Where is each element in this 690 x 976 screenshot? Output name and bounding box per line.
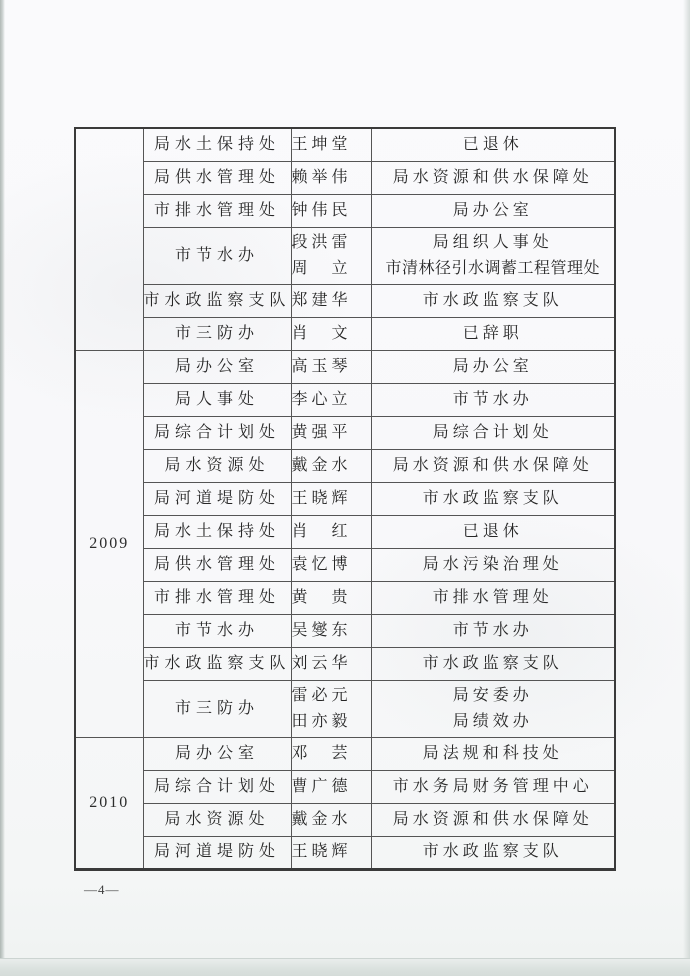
cell-line: 戴金水 (292, 807, 371, 833)
cell-line: 雷必元 (292, 683, 371, 709)
cell-person-name: 王晓辉 (291, 836, 371, 869)
cell-line: 市排水管理处 (144, 198, 291, 224)
cell-department: 局综合计划处 (143, 770, 291, 803)
cell-person-name: 高玉琴 (291, 350, 371, 383)
scan-edge-left (0, 0, 5, 976)
cell-person-name: 刘云华 (291, 647, 371, 680)
cell-line: 已退休 (372, 519, 615, 545)
cell-department: 市节水办 (143, 227, 291, 284)
table-row: 局水资源处戴金水局水资源和供水保障处 (75, 449, 615, 482)
cell-department: 局人事处 (143, 383, 291, 416)
cell-line: 局水资源处 (144, 807, 291, 833)
cell-line: 局组织人事处 (372, 230, 615, 256)
cell-line: 戴金水 (292, 453, 371, 479)
cell-line: 黄 贵 (292, 585, 371, 611)
cell-new-position: 局安委办局绩效办 (371, 680, 615, 737)
cell-line: 局水资源和供水保障处 (372, 453, 615, 479)
cell-line: 市节水办 (372, 618, 615, 644)
cell-new-position: 局水资源和供水保障处 (371, 161, 615, 194)
cell-new-position: 局办公室 (371, 350, 615, 383)
cell-person-name: 袁忆博 (291, 548, 371, 581)
table-row: 局综合计划处曹广德市水务局财务管理中心 (75, 770, 615, 803)
cell-person-name: 黄强平 (291, 416, 371, 449)
table-row: 市节水办吴燮东市节水办 (75, 614, 615, 647)
table-row: 局河道堤防处王晓辉市水政监察支队 (75, 482, 615, 515)
cell-line: 高玉琴 (292, 354, 371, 380)
cell-new-position: 市水务局财务管理中心 (371, 770, 615, 803)
cell-department: 局供水管理处 (143, 548, 291, 581)
cell-department: 局办公室 (143, 737, 291, 770)
cell-department: 局供水管理处 (143, 161, 291, 194)
table-row: 市水政监察支队郑建华市水政监察支队 (75, 284, 615, 317)
cell-department: 局水土保持处 (143, 515, 291, 548)
cell-department: 市排水管理处 (143, 194, 291, 227)
table-row: 局综合计划处黄强平局综合计划处 (75, 416, 615, 449)
cell-line: 局办公室 (144, 741, 291, 767)
cell-department: 市水政监察支队 (143, 284, 291, 317)
cell-line: 市水政监察支队 (144, 288, 291, 314)
cell-department: 局河道堤防处 (143, 482, 291, 515)
cell-line: 市排水管理处 (144, 585, 291, 611)
cell-line: 局水资源处 (144, 453, 291, 479)
cell-line: 钟伟民 (292, 198, 371, 224)
cell-line: 局供水管理处 (144, 552, 291, 578)
cell-line: 局供水管理处 (144, 165, 291, 191)
scanned-page: 局水土保持处王坤堂已退休局供水管理处赖举伟局水资源和供水保障处市排水管理处钟伟民… (0, 0, 690, 976)
cell-new-position: 局组织人事处市清林径引水调蓄工程管理处 (371, 227, 615, 284)
table-row: 局供水管理处袁忆博局水污染治理处 (75, 548, 615, 581)
cell-new-position: 局水资源和供水保障处 (371, 803, 615, 836)
cell-new-position: 市节水办 (371, 383, 615, 416)
cell-new-position: 市水政监察支队 (371, 284, 615, 317)
table-row: 2009局办公室高玉琴局办公室 (75, 350, 615, 383)
cell-new-position: 市水政监察支队 (371, 482, 615, 515)
cell-line: 市水政监察支队 (372, 288, 615, 314)
cell-new-position: 已辞职 (371, 317, 615, 350)
cell-line: 局水资源和供水保障处 (372, 807, 615, 833)
personnel-transfer-table: 局水土保持处王坤堂已退休局供水管理处赖举伟局水资源和供水保障处市排水管理处钟伟民… (74, 127, 616, 871)
cell-line: 曹广德 (292, 774, 371, 800)
cell-line: 市水政监察支队 (144, 651, 291, 677)
cell-line: 已辞职 (372, 321, 615, 347)
cell-line: 田亦毅 (292, 709, 371, 735)
cell-line: 局办公室 (372, 354, 615, 380)
cell-line: 局水土保持处 (144, 519, 291, 545)
cell-person-name: 段洪雷周 立 (291, 227, 371, 284)
table-row: 局水土保持处肖 红已退休 (75, 515, 615, 548)
cell-line: 局绩效办 (372, 709, 615, 735)
cell-line: 市三防办 (144, 696, 291, 722)
cell-line: 刘云华 (292, 651, 371, 677)
cell-new-position: 局法规和科技处 (371, 737, 615, 770)
cell-person-name: 邓 芸 (291, 737, 371, 770)
cell-line: 局水污染治理处 (372, 552, 615, 578)
cell-line: 肖 红 (292, 519, 371, 545)
table-row: 局水土保持处王坤堂已退休 (75, 128, 615, 161)
cell-person-name: 肖 红 (291, 515, 371, 548)
table-row: 局水资源处戴金水局水资源和供水保障处 (75, 803, 615, 836)
cell-line: 周 立 (292, 256, 371, 282)
cell-person-name: 王晓辉 (291, 482, 371, 515)
cell-line: 邓 芸 (292, 741, 371, 767)
cell-line: 局综合计划处 (372, 420, 615, 446)
cell-department: 市三防办 (143, 680, 291, 737)
table-row: 市节水办段洪雷周 立局组织人事处市清林径引水调蓄工程管理处 (75, 227, 615, 284)
cell-new-position: 市节水办 (371, 614, 615, 647)
cell-line: 市清林径引水调蓄工程管理处 (372, 256, 615, 282)
cell-line: 市三防办 (144, 321, 291, 347)
cell-line: 吴燮东 (292, 618, 371, 644)
cell-line: 赖举伟 (292, 165, 371, 191)
table-row: 市三防办雷必元田亦毅局安委办局绩效办 (75, 680, 615, 737)
cell-department: 市三防办 (143, 317, 291, 350)
cell-line: 市节水办 (372, 387, 615, 413)
cell-line: 局水资源和供水保障处 (372, 165, 615, 191)
cell-department: 局水土保持处 (143, 128, 291, 161)
cell-new-position: 已退休 (371, 128, 615, 161)
cell-department: 局办公室 (143, 350, 291, 383)
cell-person-name: 李心立 (291, 383, 371, 416)
cell-line: 黄强平 (292, 420, 371, 446)
table-row: 市水政监察支队刘云华市水政监察支队 (75, 647, 615, 680)
cell-person-name: 钟伟民 (291, 194, 371, 227)
cell-line: 局办公室 (372, 198, 615, 224)
cell-line: 王晓辉 (292, 486, 371, 512)
cell-line: 市水务局财务管理中心 (372, 774, 615, 800)
cell-department: 局综合计划处 (143, 416, 291, 449)
cell-line: 段洪雷 (292, 230, 371, 256)
cell-line: 市水政监察支队 (372, 839, 615, 865)
cell-line: 局安委办 (372, 683, 615, 709)
year-cell: 2009 (75, 350, 143, 737)
table-row: 局人事处李心立市节水办 (75, 383, 615, 416)
cell-department: 市水政监察支队 (143, 647, 291, 680)
cell-person-name: 戴金水 (291, 803, 371, 836)
cell-department: 局水资源处 (143, 449, 291, 482)
cell-person-name: 肖 文 (291, 317, 371, 350)
table-body: 局水土保持处王坤堂已退休局供水管理处赖举伟局水资源和供水保障处市排水管理处钟伟民… (75, 128, 615, 869)
cell-line: 局河道堤防处 (144, 486, 291, 512)
scan-edge-right (683, 0, 690, 976)
cell-department: 局河道堤防处 (143, 836, 291, 869)
cell-line: 李心立 (292, 387, 371, 413)
cell-line: 肖 文 (292, 321, 371, 347)
cell-line: 市节水办 (144, 243, 291, 269)
cell-person-name: 曹广德 (291, 770, 371, 803)
cell-person-name: 赖举伟 (291, 161, 371, 194)
scan-edge-bottom (0, 958, 690, 976)
cell-person-name: 雷必元田亦毅 (291, 680, 371, 737)
cell-line: 局人事处 (144, 387, 291, 413)
cell-new-position: 局水污染治理处 (371, 548, 615, 581)
cell-person-name: 戴金水 (291, 449, 371, 482)
cell-line: 王坤堂 (292, 132, 371, 158)
cell-department: 局水资源处 (143, 803, 291, 836)
cell-department: 市排水管理处 (143, 581, 291, 614)
table-row: 2010局办公室邓 芸局法规和科技处 (75, 737, 615, 770)
cell-line: 市水政监察支队 (372, 486, 615, 512)
cell-line: 局综合计划处 (144, 420, 291, 446)
table-row: 市排水管理处黄 贵市排水管理处 (75, 581, 615, 614)
cell-new-position: 已退休 (371, 515, 615, 548)
cell-person-name: 王坤堂 (291, 128, 371, 161)
table-row: 市排水管理处钟伟民局办公室 (75, 194, 615, 227)
page-number: —4— (84, 882, 120, 898)
cell-department: 市节水办 (143, 614, 291, 647)
cell-line: 市排水管理处 (372, 585, 615, 611)
cell-line: 市节水办 (144, 618, 291, 644)
cell-new-position: 局水资源和供水保障处 (371, 449, 615, 482)
cell-line: 局综合计划处 (144, 774, 291, 800)
year-cell (75, 128, 143, 350)
cell-line: 袁忆博 (292, 552, 371, 578)
cell-line: 王晓辉 (292, 839, 371, 865)
cell-line: 市水政监察支队 (372, 651, 615, 677)
table-row: 市三防办肖 文已辞职 (75, 317, 615, 350)
year-cell: 2010 (75, 737, 143, 869)
table-row: 局河道堤防处王晓辉市水政监察支队 (75, 836, 615, 869)
cell-line: 局河道堤防处 (144, 839, 291, 865)
cell-line: 局办公室 (144, 354, 291, 380)
cell-new-position: 局办公室 (371, 194, 615, 227)
cell-new-position: 市排水管理处 (371, 581, 615, 614)
cell-person-name: 黄 贵 (291, 581, 371, 614)
cell-line: 郑建华 (292, 288, 371, 314)
cell-person-name: 吴燮东 (291, 614, 371, 647)
cell-new-position: 局综合计划处 (371, 416, 615, 449)
cell-person-name: 郑建华 (291, 284, 371, 317)
cell-line: 局水土保持处 (144, 132, 291, 158)
cell-line: 局法规和科技处 (372, 741, 615, 767)
cell-new-position: 市水政监察支队 (371, 647, 615, 680)
cell-new-position: 市水政监察支队 (371, 836, 615, 869)
cell-line: 已退休 (372, 132, 615, 158)
table-row: 局供水管理处赖举伟局水资源和供水保障处 (75, 161, 615, 194)
